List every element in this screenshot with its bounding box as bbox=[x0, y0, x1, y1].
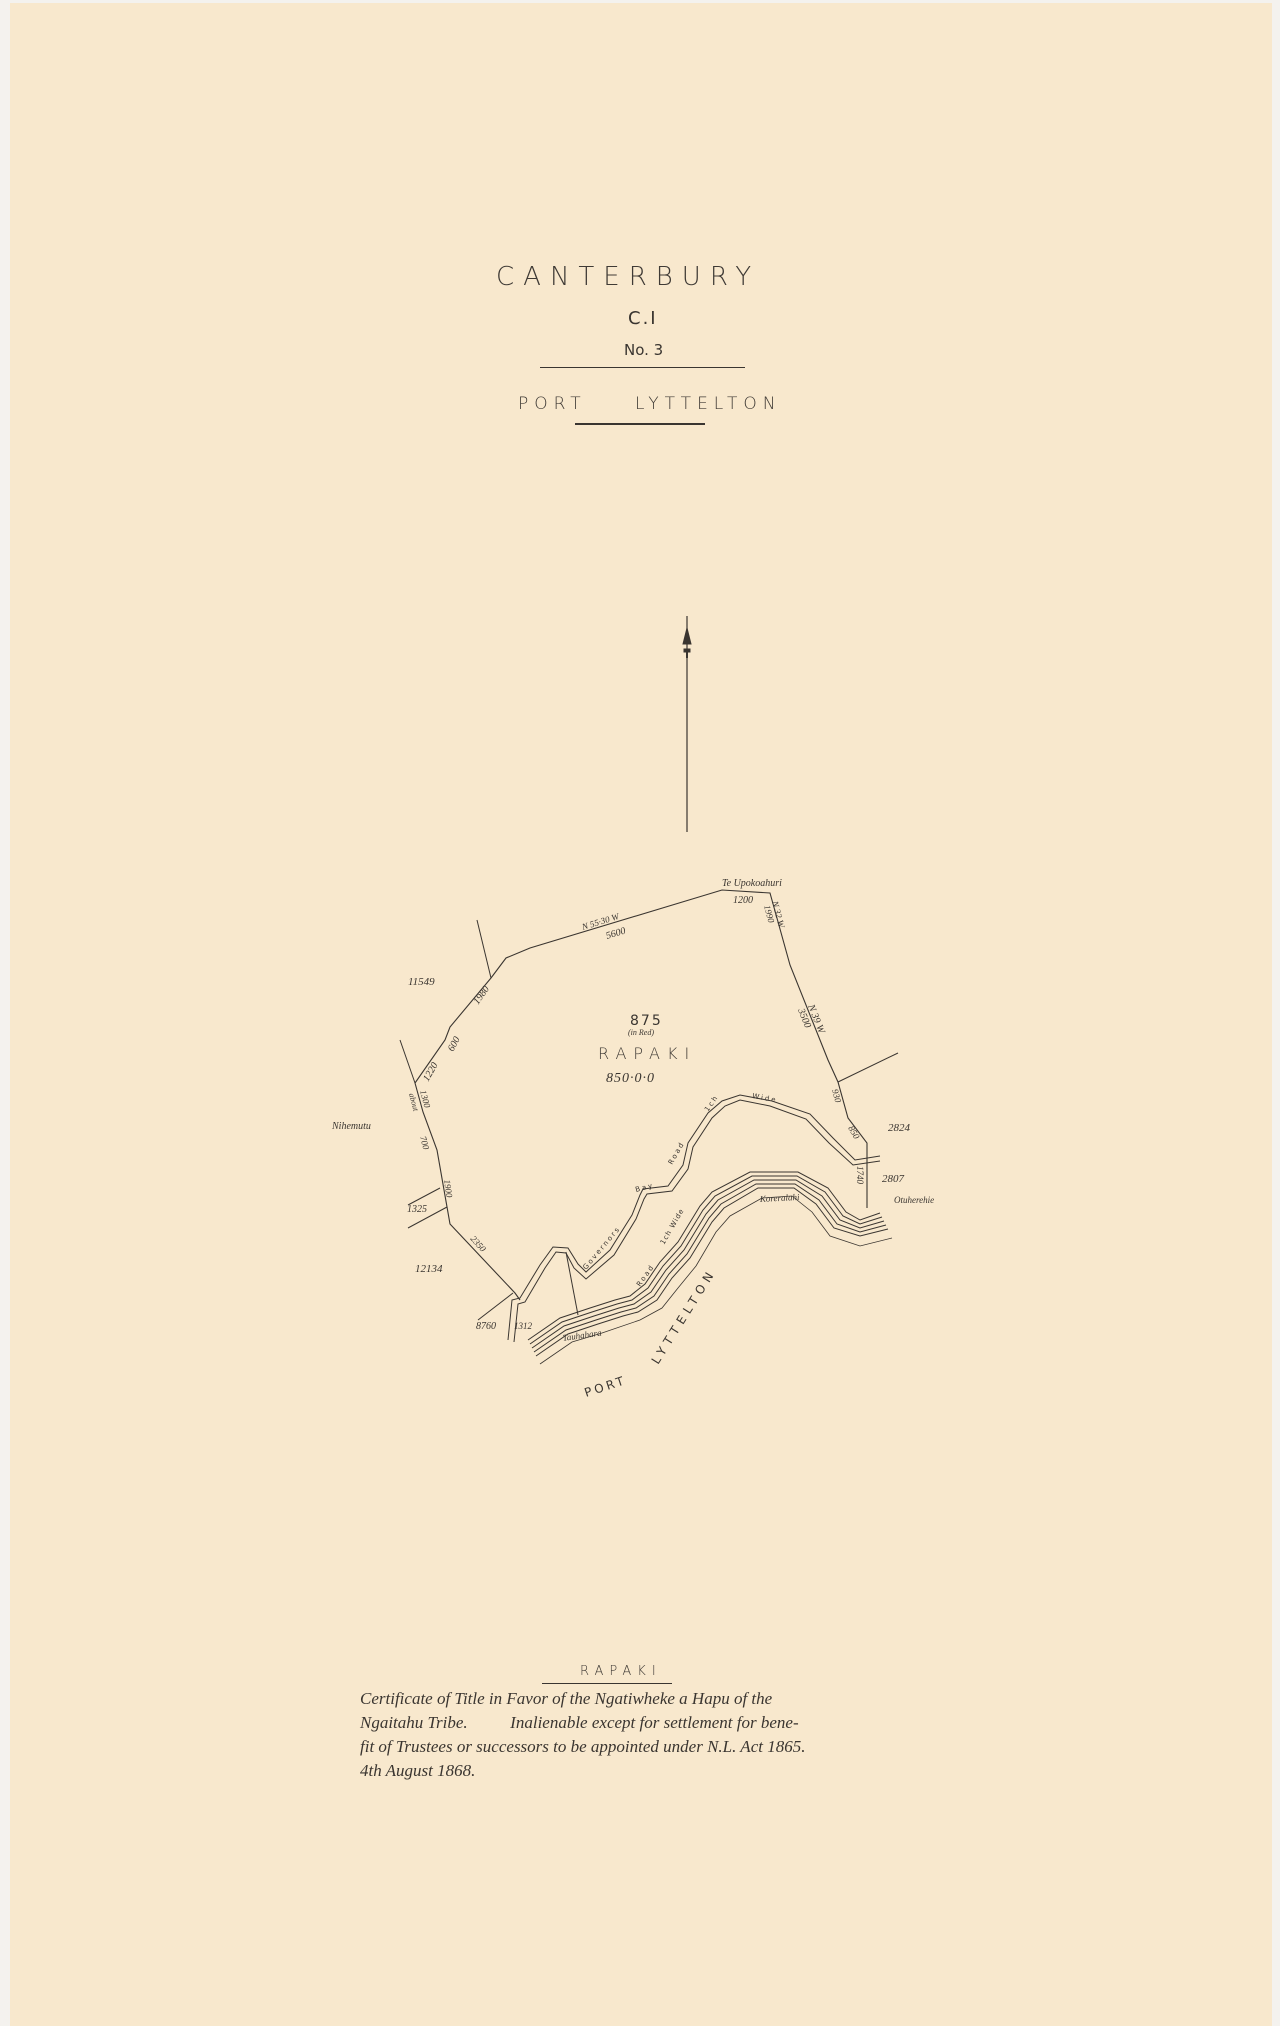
label-top-length: 5600 bbox=[605, 926, 627, 942]
label-850: 850 bbox=[846, 1124, 862, 1141]
block-number: 875 bbox=[630, 1013, 663, 1029]
label-930: 930 bbox=[830, 1088, 843, 1104]
caption-line-2: Ngaitahu Tribe. Inalienable except for s… bbox=[360, 1713, 799, 1733]
block-11549: 11549 bbox=[408, 976, 435, 988]
label-tauhahara: Tauhahara bbox=[562, 1328, 603, 1343]
block-2807: 2807 bbox=[882, 1173, 905, 1185]
label-1220: 1220 bbox=[421, 1061, 441, 1084]
block-number-note: (in Red) bbox=[628, 1028, 654, 1037]
block-12134: 12134 bbox=[415, 1263, 443, 1275]
caption-line-1: Certificate of Title in Favor of the Nga… bbox=[360, 1689, 772, 1709]
block-1325: 1325 bbox=[407, 1204, 427, 1215]
caption-title: RAPAKI bbox=[580, 1664, 662, 1679]
label-te-upokoahuri: Te Upokoahuri bbox=[722, 878, 782, 889]
adjacent-boundaries bbox=[400, 920, 898, 1320]
label-otuherehie: Otuherehie bbox=[894, 1195, 934, 1205]
road-label-bay: Bay bbox=[634, 1181, 655, 1194]
north-arrow-icon bbox=[683, 616, 691, 832]
label-nihemutu: Nihemutu bbox=[331, 1121, 371, 1132]
label-1980: 1980 bbox=[471, 984, 491, 1007]
road-label-wide: Wide bbox=[752, 1092, 778, 1104]
label-2350: 2350 bbox=[469, 1234, 489, 1254]
block-name: RAPAKI bbox=[598, 1044, 696, 1063]
label-600: 600 bbox=[446, 1035, 463, 1053]
label-koreralahi: Koreralahi bbox=[759, 1192, 801, 1204]
label-1740: 1740 bbox=[855, 1166, 865, 1185]
label-1200: 1200 bbox=[733, 895, 753, 906]
boundary-labels: Te Upokoahuri 1200 N 55·30 W 5600 N 32 W… bbox=[331, 878, 934, 1400]
road-label-governors: Governors bbox=[581, 1225, 622, 1272]
caption-underline bbox=[542, 1683, 672, 1684]
block-8760: 8760 bbox=[476, 1321, 496, 1332]
caption-line-4: 4th August 1868. bbox=[360, 1761, 475, 1781]
road-label-lower-road: Road bbox=[635, 1263, 656, 1289]
label-1900: 1900 bbox=[442, 1179, 454, 1199]
block-2824: 2824 bbox=[888, 1122, 911, 1134]
block-1312: 1312 bbox=[514, 1321, 533, 1331]
caption-line-3: fit of Trustees or successors to be appo… bbox=[360, 1737, 805, 1757]
label-port: PORT bbox=[583, 1373, 629, 1400]
block-area: 850·0·0 bbox=[606, 1071, 655, 1087]
block-boundary bbox=[415, 890, 867, 1300]
label-700: 700 bbox=[418, 1135, 431, 1151]
road-label-lower-wide: 1ch Wide bbox=[659, 1207, 686, 1246]
